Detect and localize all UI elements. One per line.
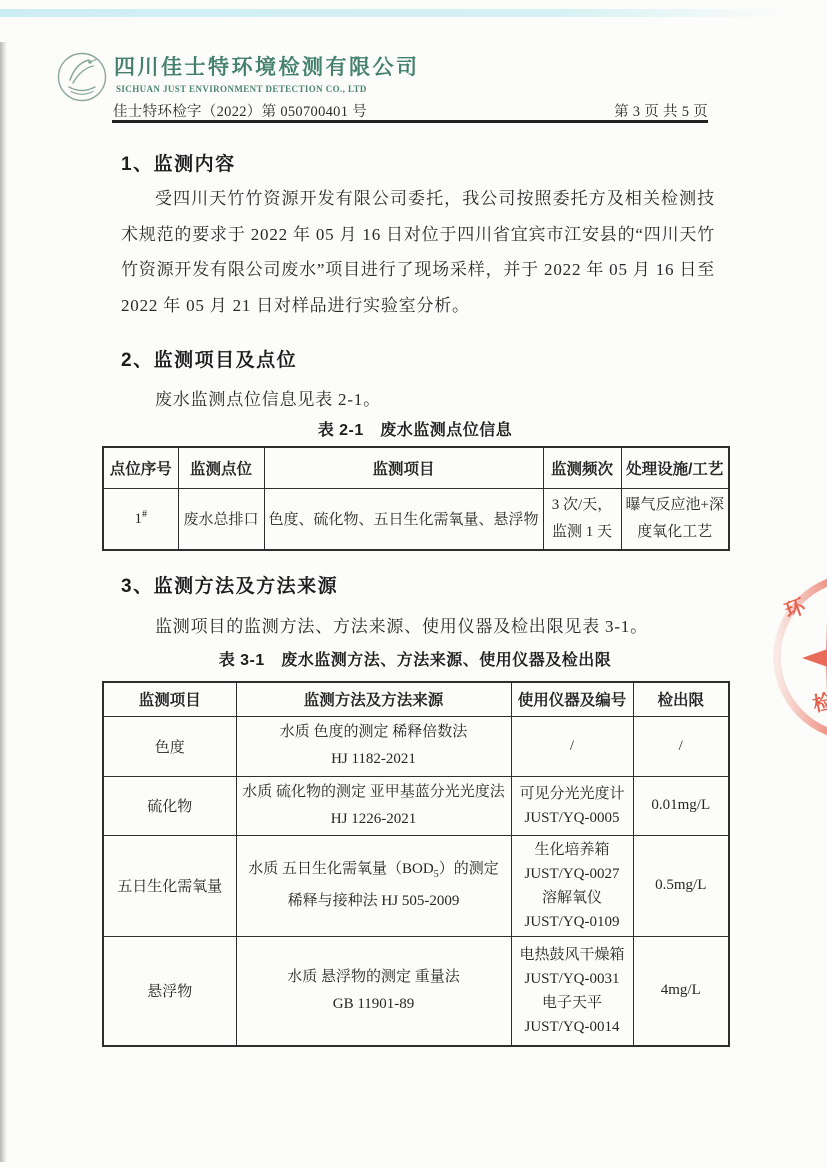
method-cell: 水质 悬浮物的测定 重量法 GB 11901-89 (236, 936, 511, 1046)
table-2-1: 点位序号 监测点位 监测项目 监测频次 处理设施/工艺 1# 废水总排口 色度、… (102, 446, 730, 551)
company-name-en: SICHUAN JUST ENVIRONMENT DETECTION CO., … (116, 84, 367, 94)
column-header: 检出限 (633, 682, 729, 716)
column-header: 监测项目 (264, 447, 543, 488)
column-header: 监测频次 (543, 447, 621, 488)
table-row: 1# 废水总排口 色度、硫化物、五日生化需氧量、悬浮物 3 次/天， 监测 1 … (103, 488, 729, 550)
table-3-1-caption: 表 3-1 废水监测方法、方法来源、使用仪器及检出限 (102, 647, 728, 670)
instrument-cell: 生化培养箱 JUST/YQ-0027 溶解氧仪 JUST/YQ-0109 (511, 835, 633, 936)
table-3-1: 监测项目 监测方法及方法来源 使用仪器及编号 检出限 色度 水质 色度的测定 稀… (102, 681, 730, 1047)
table-row: 悬浮物 水质 悬浮物的测定 重量法 GB 11901-89 电热鼓风干燥箱 JU… (103, 936, 729, 1046)
table-3-1-header-row: 监测项目 监测方法及方法来源 使用仪器及编号 检出限 (103, 682, 729, 716)
table-row: 五日生化需氧量 水质 五日生化需氧量（BOD5）的测定 稀释与接种法 HJ 50… (103, 835, 729, 936)
limit-cell: / (633, 716, 729, 776)
report-page: 四川佳士特环境检测有限公司 SICHUAN JUST ENVIRONMENT D… (0, 0, 827, 1168)
table-row: 色度 水质 色度的测定 稀释倍数法 HJ 1182-2021 / / (103, 716, 729, 776)
table-2-1-header-row: 点位序号 监测点位 监测项目 监测频次 处理设施/工艺 (103, 447, 729, 488)
page-indicator: 第 3 页 共 5 页 (614, 100, 708, 121)
method-line1: 水质 五日生化需氧量（BOD5）的测定 (248, 861, 498, 877)
limit-cell: 0.5mg/L (633, 835, 729, 936)
column-header: 处理设施/工艺 (621, 447, 729, 488)
limit-cell: 0.01mg/L (633, 776, 729, 835)
frequency-cell: 3 次/天， 监测 1 天 (543, 488, 621, 550)
column-header: 监测项目 (103, 682, 236, 716)
item-cell: 五日生化需氧量 (103, 835, 236, 936)
seal-star-icon (802, 624, 827, 692)
instrument-cell: 电热鼓风干燥箱 JUST/YQ-0031 电子天平 JUST/YQ-0014 (511, 936, 633, 1046)
scan-artifact-left-strip (0, 42, 7, 1162)
method-line2: 稀释与接种法 HJ 505-2009 (288, 893, 460, 909)
table-2-1-caption: 表 2-1 废水监测点位信息 (102, 417, 728, 440)
item-cell: 色度 (103, 716, 236, 776)
point-name-cell: 废水总排口 (178, 488, 264, 550)
method-cell: 水质 五日生化需氧量（BOD5）的测定 稀释与接种法 HJ 505-2009 (236, 835, 511, 936)
instrument-cell: 可见分光光度计 JUST/YQ-0005 (511, 776, 633, 835)
process-cell: 曝气反应池+深 度氧化工艺 (621, 488, 729, 550)
item-cell: 悬浮物 (103, 936, 236, 1046)
company-logo-icon (57, 49, 109, 107)
section-3-body: 监测项目的监测方法、方法来源、使用仪器及检出限见表 3-1。 (121, 609, 715, 645)
section-1-body: 受四川天竹竹资源开发有限公司委托，我公司按照委托方及相关检测技术规范的要求于 2… (121, 181, 715, 323)
table-row: 硫化物 水质 硫化物的测定 亚甲基蓝分光光度法 HJ 1226-2021 可见分… (103, 776, 729, 835)
section-3-title: 3、监测方法及方法来源 (121, 571, 338, 598)
method-cell: 水质 色度的测定 稀释倍数法 HJ 1182-2021 (236, 716, 511, 776)
column-header: 点位序号 (103, 447, 178, 488)
method-text: 水质 五日生化需氧量（BOD (248, 861, 433, 877)
header-divider (112, 120, 708, 123)
items-cell: 色度、硫化物、五日生化需氧量、悬浮物 (264, 488, 543, 550)
method-cell: 水质 硫化物的测定 亚甲基蓝分光光度法 HJ 1226-2021 (236, 776, 511, 835)
method-text: ）的测定 (439, 861, 499, 877)
column-header: 使用仪器及编号 (511, 682, 633, 716)
section-1-title: 1、监测内容 (121, 149, 236, 176)
limit-cell: 4mg/L (633, 936, 729, 1046)
item-cell: 硫化物 (103, 776, 236, 835)
instrument-cell: / (511, 716, 633, 776)
point-id-sup: # (142, 509, 147, 520)
point-id-cell: 1# (103, 488, 178, 550)
doc-number: 佳士特环检字（2022）第 050700401 号 (113, 100, 367, 121)
company-seal-stamp: 环 检 (757, 560, 827, 760)
scan-artifact-top-band (0, 9, 792, 17)
company-name: 四川佳士特环境检测有限公司 (114, 51, 420, 81)
column-header: 监测点位 (178, 447, 264, 488)
column-header: 监测方法及方法来源 (236, 682, 511, 716)
section-2-title: 2、监测项目及点位 (121, 345, 297, 372)
document-meta-row: 佳士特环检字（2022）第 050700401 号 第 3 页 共 5 页 (113, 100, 708, 121)
point-id: 1 (135, 511, 143, 527)
section-2-body: 废水监测点位信息见表 2-1。 (121, 382, 715, 418)
seal-char-bottom: 检 (811, 689, 827, 717)
